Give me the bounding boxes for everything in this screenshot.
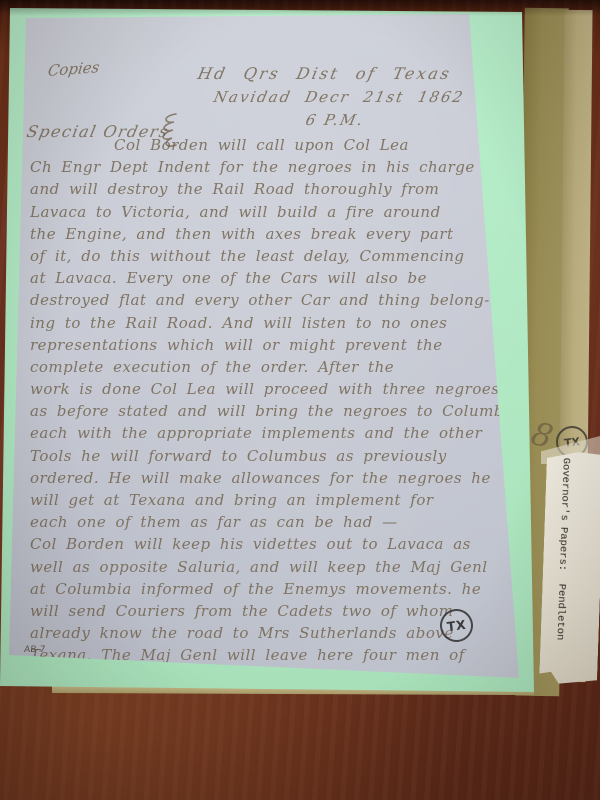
- letter-heading-line2: Navidad Decr 21st 1862: [214, 88, 464, 106]
- photo-scene: 8 TX Governor's Papers: Pendleton Murrah…: [0, 0, 600, 800]
- label-line-collection: Governor's Papers: Pendleton: [550, 457, 573, 675]
- letter-body-line: complete execution of the order. After t…: [30, 356, 490, 378]
- letter-heading-line1: Hd Qrs Dist of Texas: [198, 64, 451, 83]
- letter-body-line: representations which will or might prev…: [30, 334, 490, 356]
- letter-body-line: ing to the Rail Road. And will listen to…: [30, 312, 490, 334]
- letter-body-line: the Engine, and then with axes break eve…: [30, 223, 490, 245]
- folder-tab-label: Governor's Papers: Pendleton Murrah Fold…: [539, 451, 600, 685]
- pencil-note: AB-7: [23, 645, 45, 655]
- letter-body-line: well as opposite Saluria, and will keep …: [30, 556, 490, 578]
- letter-body-line: Ch Engr Dept Indent for the negroes in h…: [30, 156, 490, 178]
- letter-body-line: Col Borden will keep his videttes out to…: [30, 533, 490, 555]
- letter-heading-line3: 6 P.M.: [306, 111, 364, 129]
- letter-body-line: will send Couriers from the Cadets two o…: [30, 600, 490, 622]
- copies-annotation: Copies: [47, 58, 100, 80]
- heading-hq-text: Hd Qrs Dist of Texas: [196, 64, 453, 83]
- heading-date-text: Navidad Decr 21st 1862: [212, 88, 466, 106]
- letter-body-line: Lavaca to Victoria, and will build a fir…: [30, 201, 490, 223]
- letter-body: Col Borden will call upon Col LeaCh Engr…: [30, 134, 490, 667]
- letter-body-line: will get at Texana and bring an implemen…: [30, 489, 490, 511]
- heading-time-text: 6 P.M.: [304, 111, 366, 129]
- folder-tab-label-text: Governor's Papers: Pendleton Murrah Fold…: [545, 457, 600, 677]
- letter-body-line: at Lavaca. Every one of the Cars will al…: [30, 267, 490, 289]
- letter-body-line: of it, do this without the least delay, …: [30, 245, 490, 267]
- letter-body-line: ordered. He will make allowances for the…: [30, 467, 490, 489]
- letter-body-line: already know the road to Mrs Sutherlands…: [30, 622, 490, 644]
- letter-body-line: Col Borden will call upon Col Lea: [30, 134, 490, 156]
- letter-body-line: destroyed flat and every other Car and t…: [30, 289, 490, 311]
- letter-body-line: at Columbia informed of the Enemys movem…: [30, 578, 490, 600]
- letter-body-line: each one of them as far as can be had —: [30, 511, 490, 533]
- letter-body-line: each with the appropriate implements and…: [30, 422, 490, 444]
- copies-text: Copies: [47, 58, 101, 80]
- letter-body-line: as before stated and will bring the negr…: [30, 400, 490, 422]
- letter-body-line: Tools he will forward to Columbus as pre…: [30, 445, 490, 467]
- letter-body-line: and will destroy the Rail Road thoroughl…: [30, 178, 490, 200]
- letter-body-line: work is done Col Lea will proceed with t…: [30, 378, 490, 400]
